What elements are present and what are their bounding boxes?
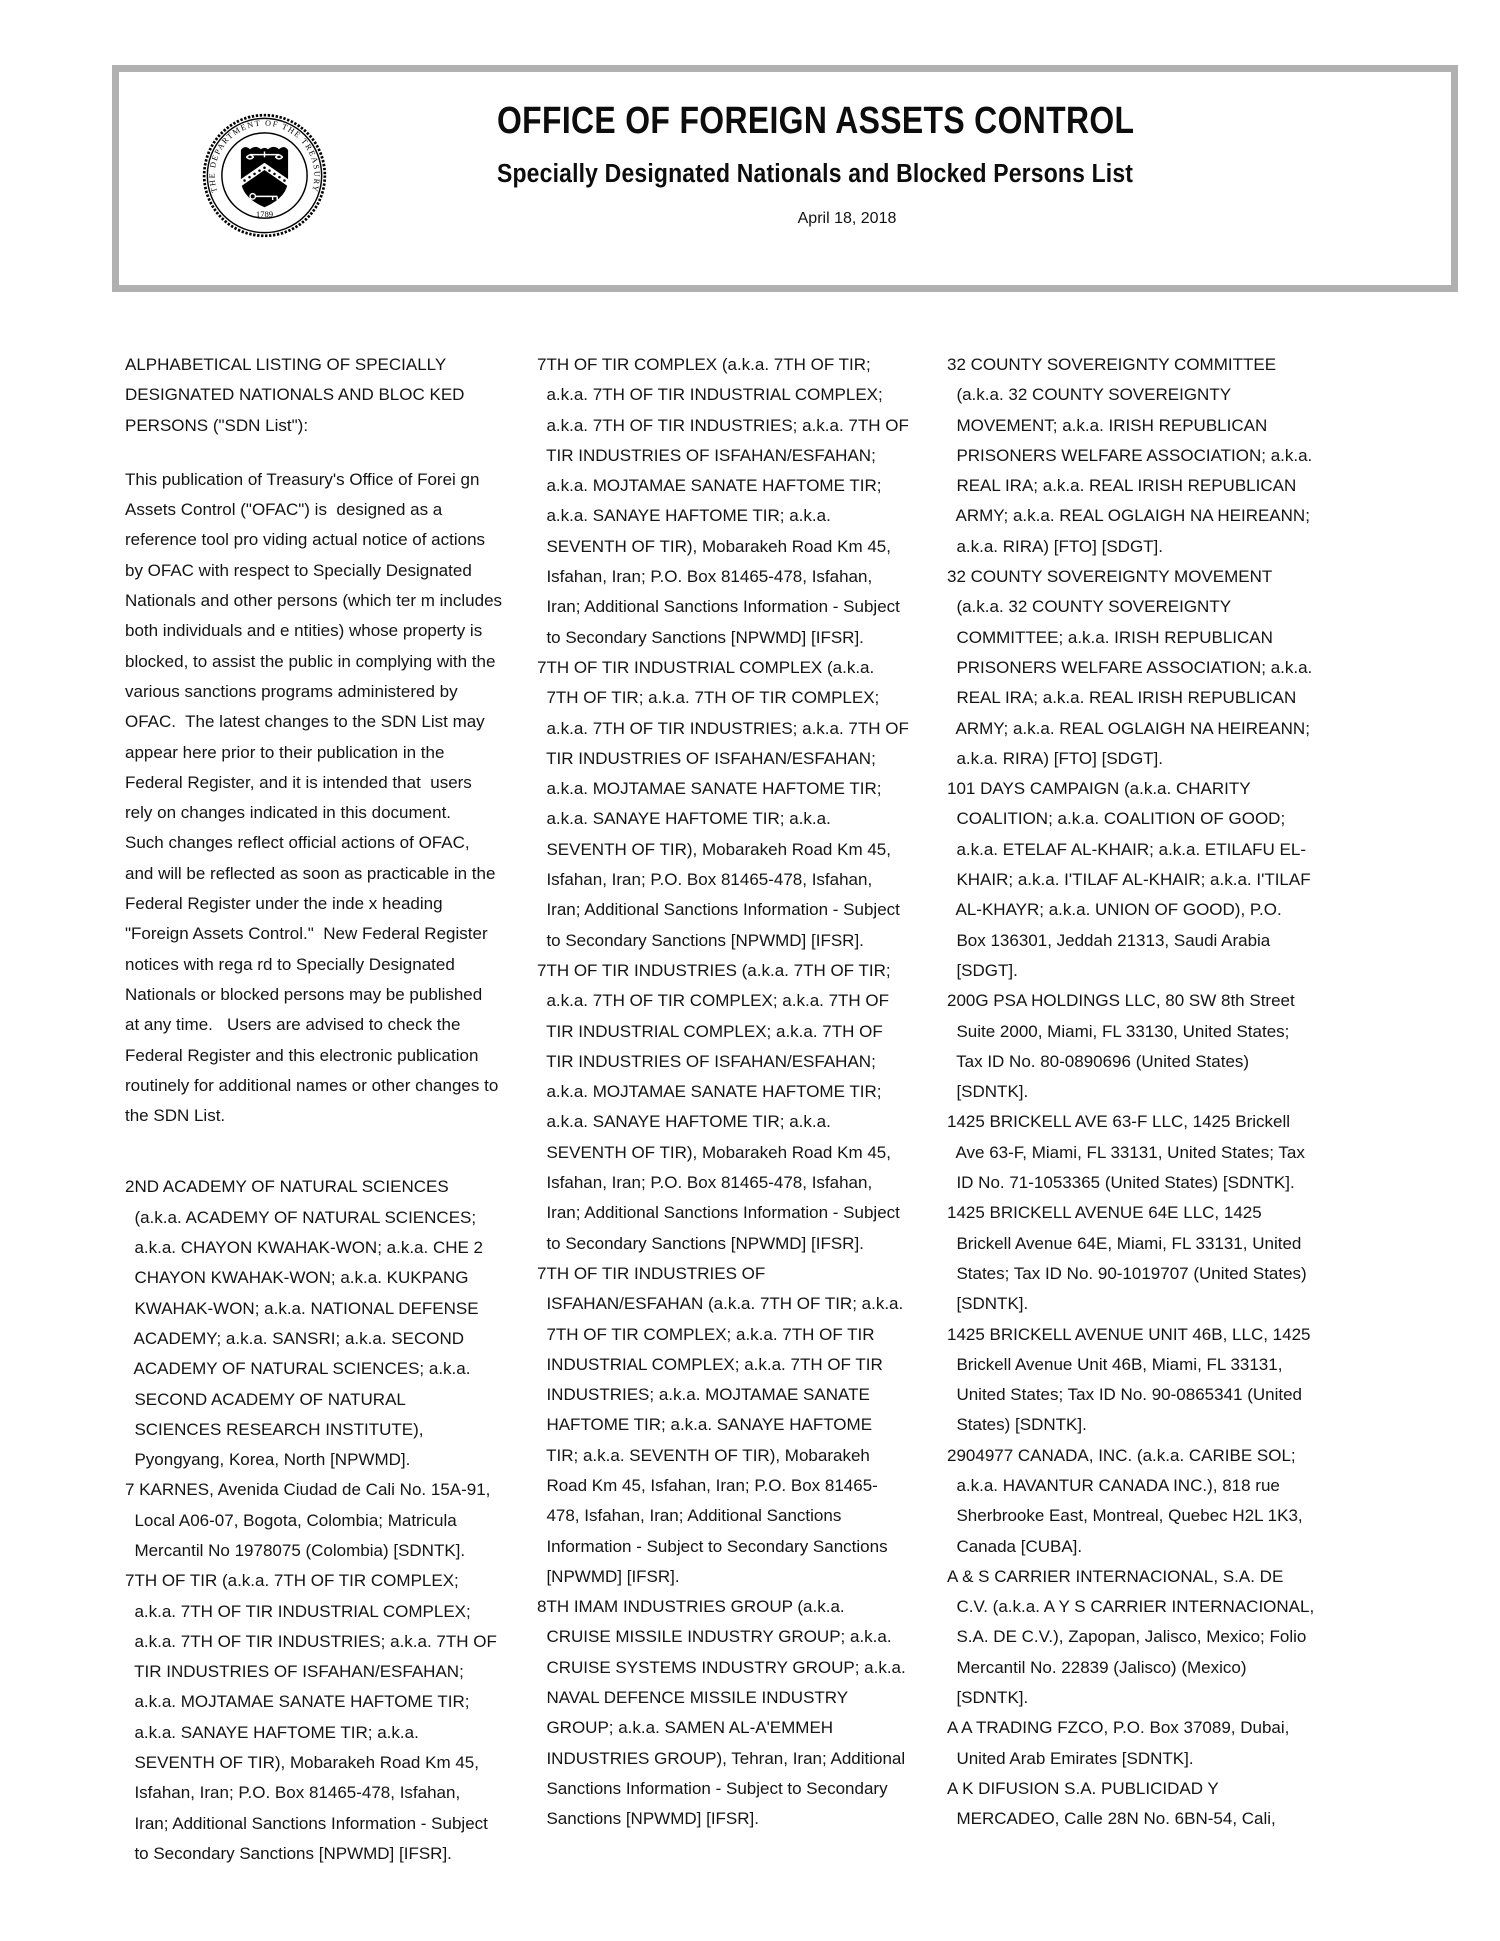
sdn-entry: 7TH OF TIR (a.k.a. 7TH OF TIR COMPLEX; a… — [125, 1566, 537, 1869]
sdn-entry: 1425 BRICKELL AVE 63-F LLC, 1425 Brickel… — [947, 1107, 1377, 1198]
list-heading: ALPHABETICAL LISTING OF SPECIALLY DESIGN… — [125, 350, 537, 441]
page-title: OFFICE OF FOREIGN ASSETS CONTROL — [497, 100, 1134, 143]
text-column-1: ALPHABETICAL LISTING OF SPECIALLY DESIGN… — [125, 350, 537, 1869]
sdn-entry: 1425 BRICKELL AVENUE 64E LLC, 1425 Brick… — [947, 1198, 1377, 1319]
sdn-entry: 2904977 CANADA, INC. (a.k.a. CARIBE SOL;… — [947, 1441, 1377, 1562]
page-subtitle: Specially Designated Nationals and Block… — [497, 160, 1133, 189]
treasury-seal-svg: THE DEPARTMENT OF THE TREASURY — [201, 112, 328, 239]
sdn-list-document-page: THE DEPARTMENT OF THE TREASURY — [0, 0, 1500, 1941]
sdn-entry: 8TH IMAM INDUSTRIES GROUP (a.k.a. CRUISE… — [537, 1592, 949, 1834]
sdn-entry: 7TH OF TIR INDUSTRIES (a.k.a. 7TH OF TIR… — [537, 956, 949, 1259]
sdn-entry: 32 COUNTY SOVEREIGNTY COMMITTEE (a.k.a. … — [947, 350, 1377, 562]
sdn-entry: 2ND ACADEMY OF NATURAL SCIENCES (a.k.a. … — [125, 1172, 537, 1475]
document-header-box: THE DEPARTMENT OF THE TREASURY — [112, 65, 1458, 292]
sdn-entry: 7TH OF TIR INDUSTRIAL COMPLEX (a.k.a. 7T… — [537, 653, 949, 956]
publication-date: April 18, 2018 — [497, 210, 1197, 228]
sdn-entry: A K DIFUSION S.A. PUBLICIDAD Y MERCADEO,… — [947, 1774, 1377, 1835]
sdn-entry: 200G PSA HOLDINGS LLC, 80 SW 8th Street … — [947, 986, 1377, 1107]
sdn-entry: 7TH OF TIR COMPLEX (a.k.a. 7TH OF TIR; a… — [537, 350, 949, 653]
intro-paragraph: This publication of Treasury's Office of… — [125, 465, 537, 1132]
sdn-entry: A & S CARRIER INTERNACIONAL, S.A. DE C.V… — [947, 1562, 1377, 1713]
sdn-entry: 32 COUNTY SOVEREIGNTY MOVEMENT (a.k.a. 3… — [947, 562, 1377, 774]
sdn-entry: 7TH OF TIR INDUSTRIES OF ISFAHAN/ESFAHAN… — [537, 1259, 949, 1592]
text-column-2: 7TH OF TIR COMPLEX (a.k.a. 7TH OF TIR; a… — [537, 350, 949, 1835]
sdn-entry: A A TRADING FZCO, P.O. Box 37089, Dubai,… — [947, 1713, 1377, 1774]
sdn-entry: 1425 BRICKELL AVENUE UNIT 46B, LLC, 1425… — [947, 1320, 1377, 1441]
sdn-entry: 101 DAYS CAMPAIGN (a.k.a. CHARITY COALIT… — [947, 774, 1377, 986]
treasury-seal-icon: THE DEPARTMENT OF THE TREASURY — [201, 112, 328, 239]
sdn-entry: 7 KARNES, Avenida Ciudad de Cali No. 15A… — [125, 1475, 537, 1566]
seal-year: 1789 — [256, 209, 273, 219]
text-column-3: 32 COUNTY SOVEREIGNTY COMMITTEE (a.k.a. … — [947, 350, 1377, 1835]
